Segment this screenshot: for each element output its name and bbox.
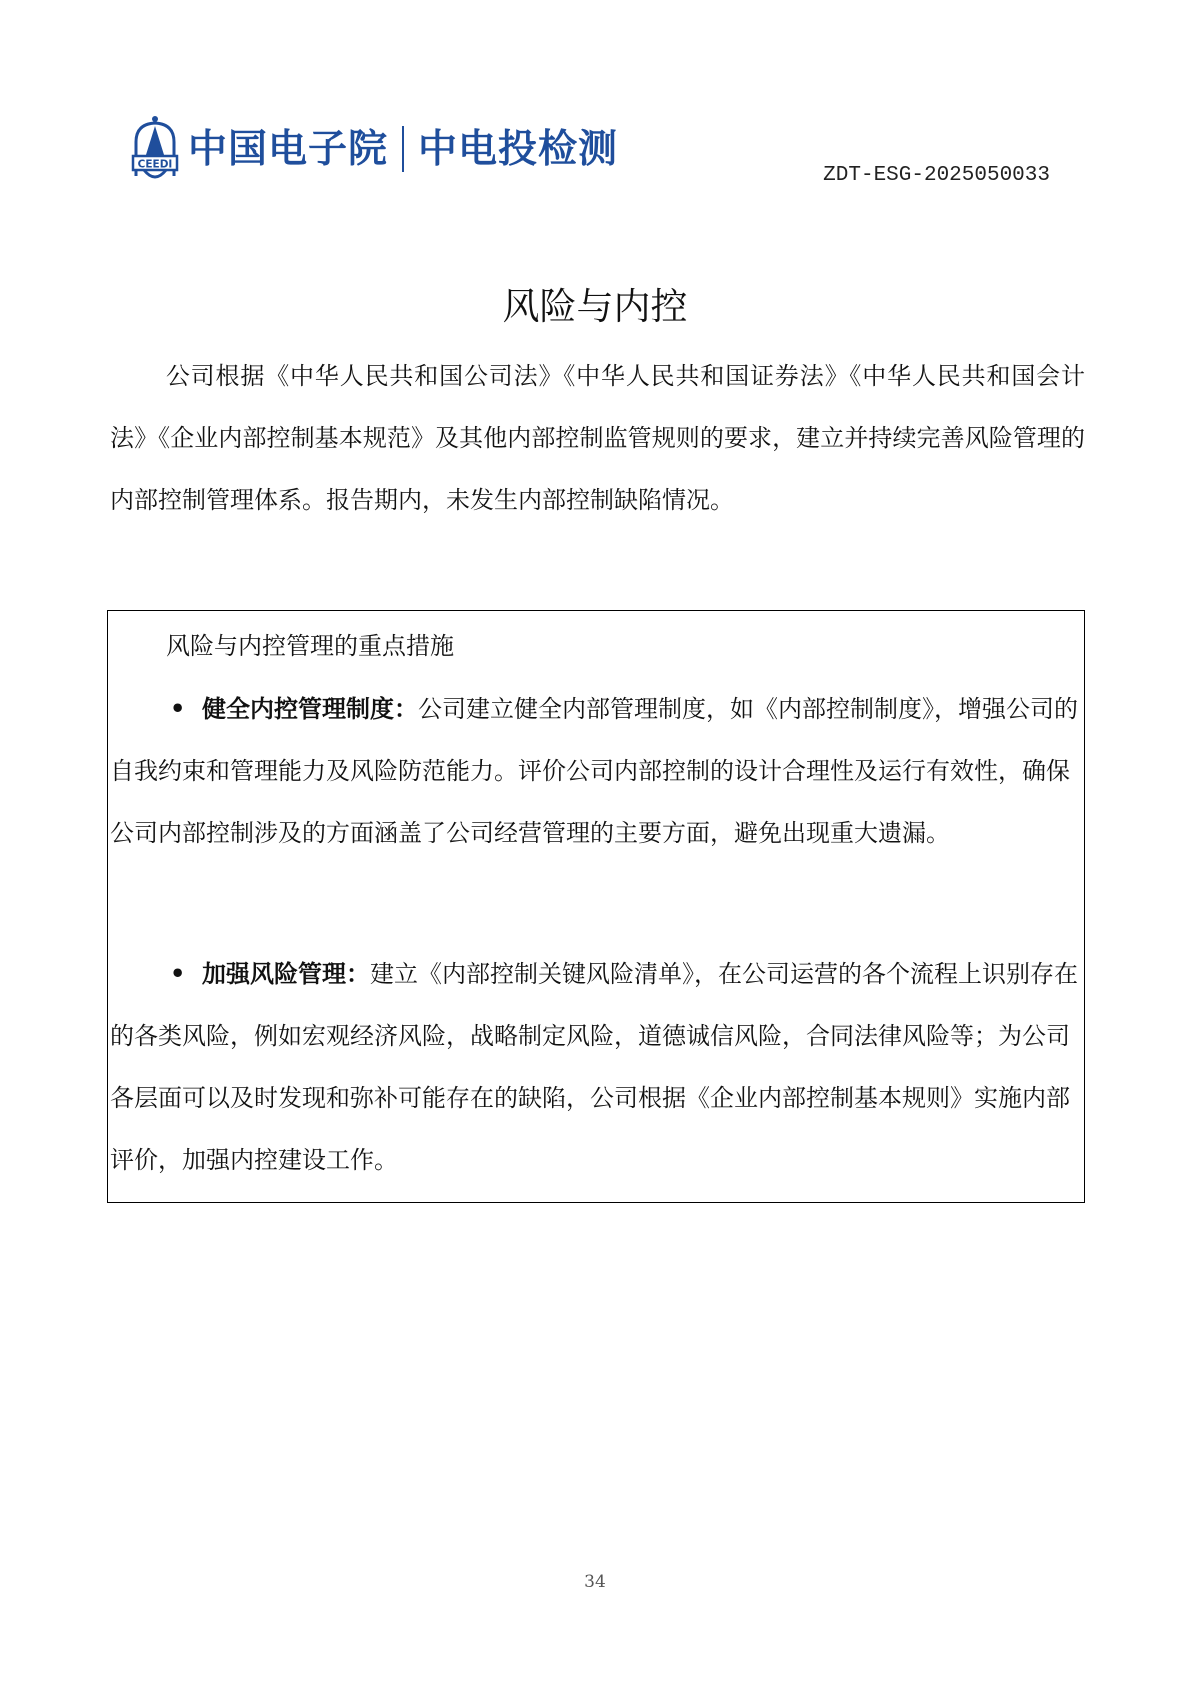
measure-label: 健全内控管理制度： (202, 695, 418, 723)
logo-divider (402, 126, 404, 172)
svg-text:CEEDI: CEEDI (138, 159, 173, 171)
section-title: 风险与内控 (0, 276, 1190, 330)
measure-item: •加强风险管理：建立《内部控制关键风险清单》，在公司运营的各个流程上识别存在的各… (110, 943, 1082, 1191)
ceedi-emblem-icon: CEEDI (130, 114, 180, 184)
bullet-icon: • (170, 678, 202, 740)
bullet-icon: • (170, 943, 202, 1005)
intro-paragraph: 公司根据《中华人民共和国公司法》《中华人民共和国证券法》《中华人民共和国会计法》… (110, 345, 1085, 531)
measure-label: 加强风险管理： (202, 960, 370, 988)
sub-brand-name: 中电投检测 (418, 130, 618, 169)
intro-text: 公司根据《中华人民共和国公司法》《中华人民共和国证券法》《中华人民共和国会计法》… (110, 362, 1085, 514)
page-number: 34 (0, 1572, 1190, 1592)
org-name: 中国电子院 (188, 130, 388, 169)
key-measures-box: 风险与内控管理的重点措施 •健全内控管理制度：公司建立健全内部管理制度，如《内部… (107, 610, 1085, 1203)
key-measures-title: 风险与内控管理的重点措施 (166, 626, 454, 661)
measure-text: 建立《内部控制关键风险清单》，在公司运营的各个流程上识别存在的各类风险，例如宏观… (110, 960, 1078, 1174)
company-logo: CEEDI 中国电子院 中电投检测 (130, 113, 618, 185)
document-id: ZDT-ESG-2025050033 (823, 164, 1050, 187)
measure-item: •健全内控管理制度：公司建立健全内部管理制度，如《内部控制制度》，增强公司的自我… (110, 678, 1082, 864)
